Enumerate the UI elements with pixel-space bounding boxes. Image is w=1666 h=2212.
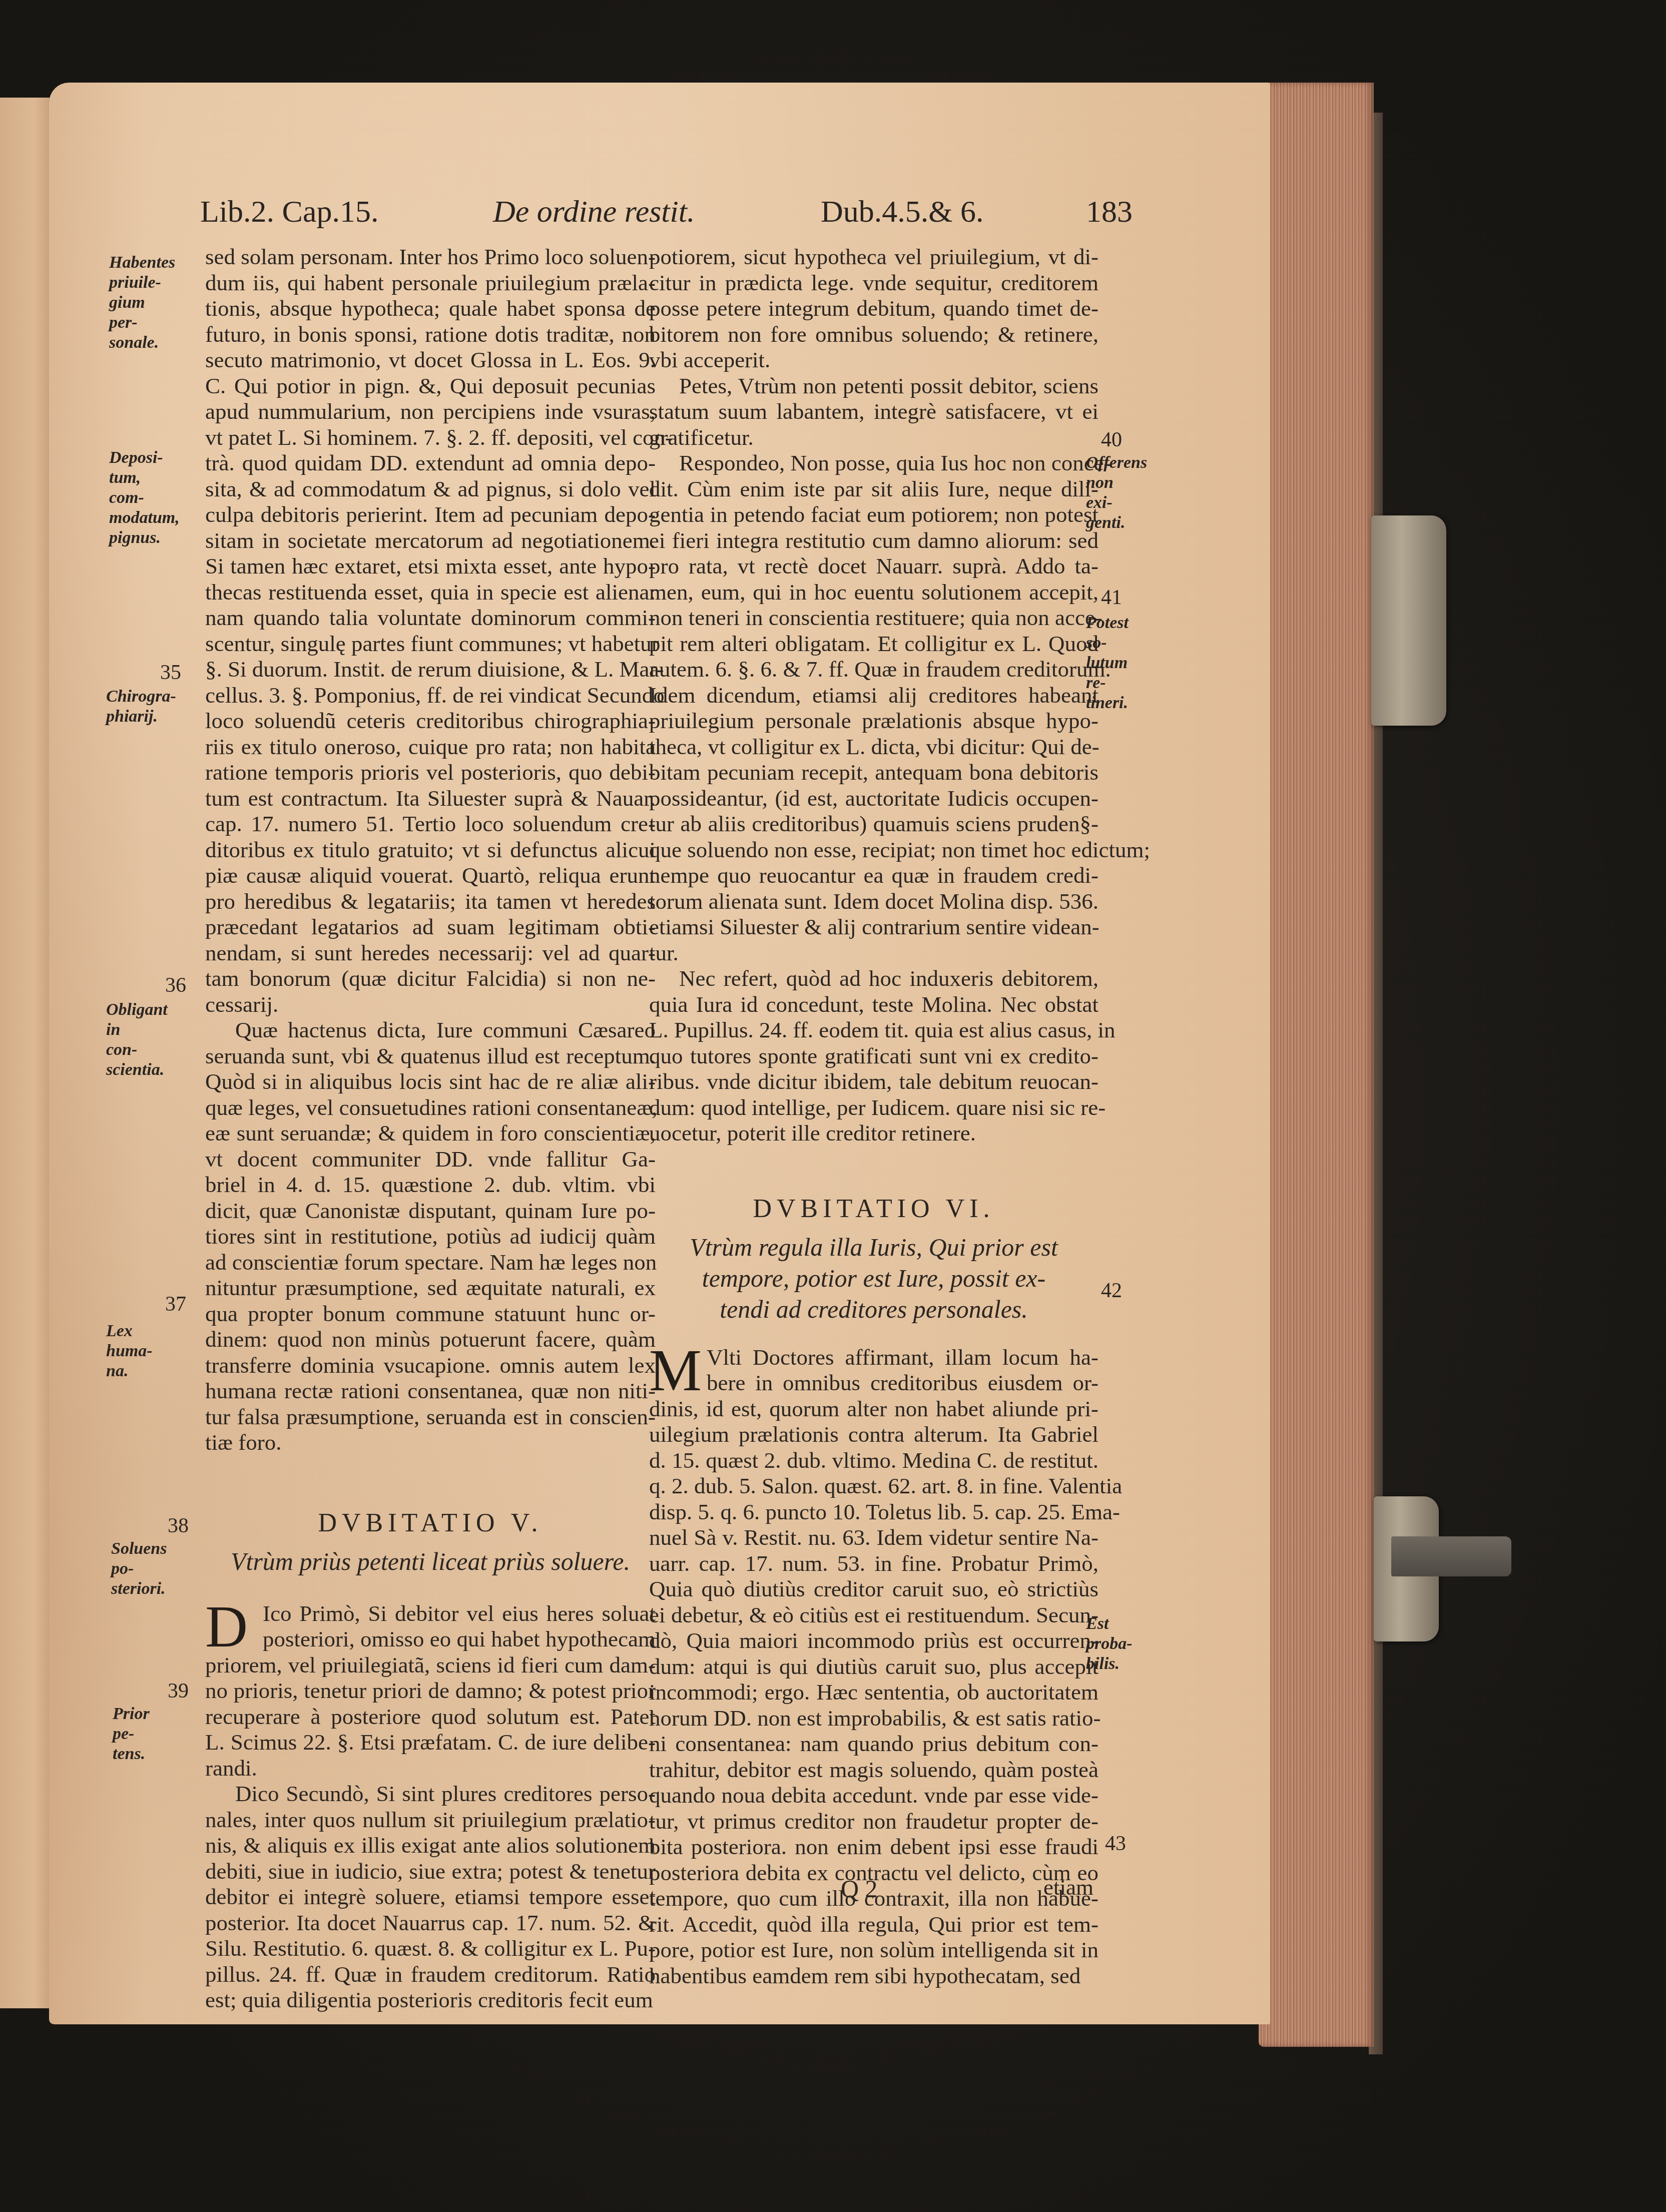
text-line: bere in omnibus creditoribus eiusdem or- [649, 1370, 1098, 1396]
text-line: bitorem non fore omnibus soluendo; & ret… [649, 322, 1098, 348]
text-line: sitam in societate mercatorum ad negotia… [205, 528, 656, 554]
text-line: præcedant legatarios ad suam legitimam o… [205, 914, 656, 940]
text-line: Quòd si in aliquibus locis sint hac de r… [205, 1069, 656, 1095]
text-line: ad conscientiæ forum spectare. Nam hæ le… [205, 1250, 656, 1276]
facing-page-edge [0, 98, 50, 2008]
text-line: §. Si duorum. Instit. de rerum diuisione… [205, 657, 656, 683]
text-line: apud nummularium, non percipiens inde vs… [205, 399, 656, 425]
section-heading-dubitatio-v: DVBITATIO V. [205, 1486, 656, 1546]
text-line: habentibus eamdem rem sibi hypothecatam,… [649, 1963, 1098, 1989]
text-line: quæ leges, vel consuetudines rationi con… [205, 1095, 656, 1121]
margin-note: Lexhuma-na. [106, 1321, 186, 1381]
right-paragraph-1: potiorem, sicut hypotheca vel priuilegiu… [649, 244, 1098, 373]
dubia-reference: Dub.4.5.& 6. [821, 189, 984, 234]
right-column: potiorem, sicut hypotheca vel priuilegiu… [649, 244, 1098, 1989]
left-paragraph-2: Quæ hactenus dicta, Iure communi Cæsareo… [205, 1017, 656, 1456]
margin-number: 39 [168, 1679, 189, 1703]
right-paragraph-2: Petes, Vtrùm non petenti possit debitor,… [649, 373, 1098, 451]
text-line: Dico Secundò, Si sint plures creditores … [205, 1781, 656, 1807]
margin-number: 36 [165, 973, 186, 997]
text-line: tam bonorum (quæ dicitur Falcidia) si no… [205, 966, 656, 992]
text-line: quo tutores sponte gratificati sunt vni … [649, 1043, 1098, 1069]
text-line: dò, Quia maiori incommodo priùs est occu… [649, 1628, 1098, 1654]
margin-number: 41 [1101, 586, 1122, 610]
section-subheading: Vtrùm priùs petenti liceat priùs soluere… [205, 1546, 656, 1577]
text-line: futuro, in bonis sponsi, ratione dotis t… [205, 322, 656, 348]
right-paragraph-4: Nec refert, quòd ad hoc induxeris debito… [649, 966, 1098, 1147]
text-line: nempe quo reuocantur ea quæ in fraudem c… [649, 863, 1098, 889]
text-line: disp. 5. q. 6. puncto 10. Toletus lib. 5… [649, 1499, 1098, 1525]
text-line: eæ sunt seruandæ; & quidem in foro consc… [205, 1121, 656, 1147]
text-line: vt patet L. Si hominem. 7. §. 2. ff. dep… [205, 425, 656, 451]
section-subheading: Vtrùm regula illa Iuris, Qui prior estte… [649, 1232, 1098, 1325]
text-line: loco soluendũ ceteris creditoribus chiro… [205, 708, 656, 734]
text-line: priorem, vel priuilegiatã, sciens id fie… [205, 1652, 656, 1679]
text-line: nales, inter quos nullum sit priuilegium… [205, 1807, 656, 1833]
text-line: tum est contractum. Ita Siluester suprà … [205, 786, 656, 812]
running-title: De ordine restit. [493, 189, 695, 234]
text-line: d. 15. quæst 2. dub. vltimo. Medina C. d… [649, 1448, 1098, 1474]
text-line: pore, potior est Iure, non solùm intelli… [649, 1937, 1098, 1963]
text-line: sita, & ad commodatum & ad pignus, si do… [205, 476, 656, 502]
text-line: dum: quod intellige, per Iudicem. quare … [649, 1095, 1098, 1121]
text-line: possideantur, (id est, auctoritate Iudic… [649, 786, 1098, 812]
margin-number: 38 [168, 1514, 189, 1538]
text-line: tionis, absque hypotheca; quale habet sp… [205, 296, 656, 322]
left-paragraph-1: sed solam personam. Inter hos Primo loco… [205, 244, 656, 1017]
text-line: randi. [205, 1756, 656, 1782]
text-line: vbi acceperit. [649, 347, 1098, 373]
text-line: pillus. 24. ff. Quæ in fraudem creditoru… [205, 1962, 656, 1988]
text-line: uilegium prælationis contra alterum. Ita… [649, 1422, 1098, 1448]
text-line: dinem: quod non minùs potuerunt facere, … [205, 1327, 656, 1353]
section-heading-dubitatio-vi: DVBITATIO VI. [649, 1172, 1098, 1232]
text-line: posterior. Ita docet Nauarrus cap. 17. n… [205, 1910, 656, 1936]
text-line: ei debetur, & eò citiùs est ei restituen… [649, 1602, 1098, 1628]
text-line: q. 2. dub. 5. Salon. quæst. 62. art. 8. … [649, 1473, 1098, 1499]
text-line: statum suum labantem, integrè satisfacer… [649, 399, 1098, 425]
book-chapter: Lib.2. Cap.15. [200, 189, 378, 234]
text-line: ribus. vnde dicitur ibidem, tale debitum… [649, 1069, 1098, 1095]
text-line: transferre dominia vsucapione. omnis aut… [205, 1353, 656, 1379]
drop-cap: M [649, 1346, 702, 1396]
text-line: Quia quò diutiùs creditor caruit suo, eò… [649, 1576, 1098, 1602]
text-line: Nec refert, quòd ad hoc induxeris debito… [649, 966, 1098, 992]
page-number: 183 [1086, 189, 1133, 234]
text-line: dum: atqui is qui diutiùs caruit suo, pl… [649, 1654, 1098, 1680]
subheading-line: tempore, potior est Iure, possit ex- [649, 1263, 1098, 1294]
clasp-metal-hook-icon [1391, 1536, 1511, 1576]
text-line: nuel Sà v. Restit. nu. 63. Idem videtur … [649, 1525, 1098, 1551]
text-line: dicit, quæ Canonistæ disputant, quinam I… [205, 1198, 656, 1224]
text-line: trahitur, debitor est magis soluendo, qu… [649, 1757, 1098, 1783]
text-line: bita posteriora. non enim debent ipsi es… [649, 1834, 1098, 1860]
text-line: ratione temporis prioris vel posterioris… [205, 760, 656, 786]
text-line: Ico Primò, Si debitor vel eius heres sol… [205, 1601, 656, 1627]
text-line: que soluendo non esse, recipiat; non tim… [649, 837, 1098, 863]
text-line: pit rem alteri obligatam. Et colligitur … [649, 631, 1098, 657]
drop-cap: D [205, 1602, 248, 1652]
text-line: quia Iura id concedunt, teste Molina. Ne… [649, 992, 1098, 1018]
text-line: dinis, id est, quorum alter non habet al… [649, 1396, 1098, 1422]
margin-note: Chirogra-phiarij. [106, 687, 181, 727]
text-line: Respondeo, Non posse, quia Ius hoc non c… [649, 450, 1098, 476]
text-line: ei fieri integra restitutio cum damno al… [649, 528, 1098, 554]
text-line: no prioris, tenetur priori de damno; & p… [205, 1678, 656, 1704]
margin-number: 40 [1101, 428, 1122, 452]
text-line: potiorem, sicut hypotheca vel priuilegiu… [649, 244, 1098, 270]
text-line: sed solam personam. Inter hos Primo loco… [205, 244, 656, 270]
text-line: nis, & aliquis ex illis exigat ante alio… [205, 1833, 656, 1859]
text-line: dit. Cùm enim iste par sit aliis Iure, n… [649, 476, 1098, 502]
text-line: men, eum, qui in hoc euentu solutionem a… [649, 580, 1098, 606]
text-line: quando noua debita accedunt. vnde par es… [649, 1783, 1098, 1809]
text-line: etiamsi Siluester & alij contrarium sent… [649, 914, 1098, 940]
text-line: Si tamen hæc extaret, etsi mixta esset, … [205, 554, 656, 580]
text-line: autem. 6. §. 6. & 7. ff. Quæ in fraudem … [649, 657, 1098, 683]
text-line: trà. quod quidam DD. extendunt ad omnia … [205, 450, 656, 476]
margin-number: 35 [160, 661, 181, 685]
text-line: bitam pecuniam recepit, antequam bona de… [649, 760, 1098, 786]
clasp-top-icon [1371, 515, 1446, 726]
text-line: nam quando talia voluntate dominorum com… [205, 605, 656, 631]
book-fore-edge [1259, 83, 1374, 2047]
margin-note: Soluenspo-steriori. [111, 1539, 191, 1599]
text-line: priuilegium personale prælationis absque… [649, 708, 1098, 734]
text-line: seruanda sunt, vbi & quatenus illud est … [205, 1043, 656, 1069]
text-line: tur ab aliis creditoribus) quamuis scien… [649, 811, 1098, 837]
text-line: debitor ei integrè soluere, etiamsi temp… [205, 1884, 656, 1910]
text-line: posteriori, omisso eo qui habet hypothec… [205, 1626, 656, 1652]
text-line: tiores sint in restitutione, potiùs ad i… [205, 1224, 656, 1250]
margin-note: Estproba-bilis. [1086, 1614, 1166, 1674]
running-head: Lib.2. Cap.15. De ordine restit. Dub.4.5… [200, 189, 1106, 234]
text-line: gentia in petendo faciat eum potiorem; n… [649, 502, 1098, 528]
text-line: L. Scimus 22. §. Etsi præfatam. C. de iu… [205, 1730, 656, 1756]
left-column: sed solam personam. Inter hos Primo loco… [205, 244, 656, 2013]
text-line: ni consentanea: nam quando prius debitum… [649, 1731, 1098, 1757]
catchword: etiam [1043, 1874, 1093, 1900]
text-line: rit. Accedit, quòd illa regula, Qui prio… [649, 1912, 1098, 1938]
text-line: dum iis, qui habent personale priuilegiu… [205, 270, 656, 296]
text-line: cellus. 3. §. Pomponius, ff. de rei vind… [205, 683, 656, 709]
margin-number: 37 [165, 1292, 186, 1316]
text-line: piæ causæ aliquid vouerat. Quartò, reliq… [205, 863, 656, 889]
text-line: pro heredibus & legatariis; ita tamen vt… [205, 889, 656, 915]
text-line: Quæ hactenus dicta, Iure communi Cæsareo [205, 1017, 656, 1043]
text-line: scentur, singulę partes fiunt communes; … [205, 631, 656, 657]
text-line: Vlti Doctores affirmant, illam locum ha- [649, 1345, 1098, 1371]
text-line: secuto matrimonio, vt docet Glossa in L.… [205, 347, 656, 373]
text-line: humana rectæ rationi consentanea, quæ no… [205, 1378, 656, 1404]
text-line: cap. 17. numero 51. Tertio loco soluendu… [205, 811, 656, 837]
text-line: debiti, siue in iudicio, siue extra; pot… [205, 1859, 656, 1885]
text-line: thecas restituenda esset, quia in specie… [205, 580, 656, 606]
text-line: citur in prædicta lege. vnde sequitur, c… [649, 270, 1098, 296]
text-line: Petes, Vtrùm non petenti possit debitor,… [649, 373, 1098, 399]
text-line: gratificetur. [649, 425, 1098, 451]
text-line: tiæ foro. [205, 1430, 656, 1456]
text-line: cessarij. [205, 992, 656, 1018]
text-line: ditoribus ex titulo gratuito; vt si defu… [205, 837, 656, 863]
signature-mark: Q 2 [841, 1874, 878, 1903]
text-line: nituntur præsumptione, sed æquitate natu… [205, 1275, 656, 1301]
text-line: briel in 4. d. 15. quæstione 2. dub. vlt… [205, 1172, 656, 1198]
margin-note: Offerensnonexi-genti. [1086, 453, 1166, 533]
text-line: uarr. cap. 17. num. 53. in fine. Probatu… [649, 1551, 1098, 1577]
text-line: culpa debitoris perierint. Item ad pecun… [205, 502, 656, 528]
text-line: Silu. Restitutio. 6. quæst. 8. & colligi… [205, 1936, 656, 1962]
text-line: C. Qui potior in pign. &, Qui deposuit p… [205, 373, 656, 399]
text-line: pro rata, vt rectè docet Nauarr. suprà. … [649, 554, 1098, 580]
margin-note: Potestso-lutumre-tineri. [1086, 613, 1166, 713]
text-line: non teneri in conscientia restituere; qu… [649, 605, 1098, 631]
text-line: recuperare à posteriore quod solutum est… [205, 1704, 656, 1730]
margin-note: Obligantincon-scientia. [106, 1000, 181, 1080]
text-line: incommodi; ergo. Hæc sententia, ob aucto… [649, 1680, 1098, 1706]
text-line: L. Pupillus. 24. ff. eodem tit. quia est… [649, 1017, 1098, 1043]
text-line: tur. [649, 940, 1098, 966]
text-line: nendam, si sunt heredes necessarij: vel … [205, 940, 656, 966]
left-paragraph-4: Dico Secundò, Si sint plures creditores … [205, 1781, 656, 2013]
margin-note: Priorpe-tens. [113, 1704, 193, 1764]
text-line: posse petere integrum debitum, quando ti… [649, 296, 1098, 322]
text-line: torum alienata sunt. Idem docet Molina d… [649, 889, 1098, 915]
margin-note: Deposi-tum,com-modatum,pignus. [109, 448, 184, 548]
margin-number: 42 [1101, 1279, 1122, 1303]
text-line: tur, vt primus creditor non fraudetur pr… [649, 1809, 1098, 1835]
right-paragraph-3: Respondeo, Non posse, quia Ius hoc non c… [649, 450, 1098, 966]
text-line: qua propter bonum commune statuunt hunc … [205, 1301, 656, 1327]
text-line: est; quia diligentia posterioris credito… [205, 1987, 656, 2013]
margin-number: 43 [1105, 1832, 1126, 1856]
left-paragraph-3: Ico Primò, Si debitor vel eius heres sol… [205, 1601, 656, 1782]
text-line: theca, vt colligitur ex L. dicta, vbi di… [649, 734, 1098, 760]
text-line: vt docent communiter DD. vnde fallitur G… [205, 1147, 656, 1173]
text-line: riis ex titulo oneroso, cuique pro rata;… [205, 734, 656, 760]
margin-note: Habentespriuile-giumper-sonale. [109, 253, 184, 353]
text-line: horum DD. non est improbabilis, & est sa… [649, 1706, 1098, 1732]
text-line: uocetur, poterit ille creditor retinere. [649, 1121, 1098, 1147]
subheading-line: Vtrùm regula illa Iuris, Qui prior est [649, 1232, 1098, 1263]
text-line: tur falsa præsumptione, seruanda est in … [205, 1404, 656, 1430]
text-line: Idem dicendum, etiamsi alij creditores h… [649, 683, 1098, 709]
subheading-line: tendi ad creditores personales. [649, 1294, 1098, 1325]
